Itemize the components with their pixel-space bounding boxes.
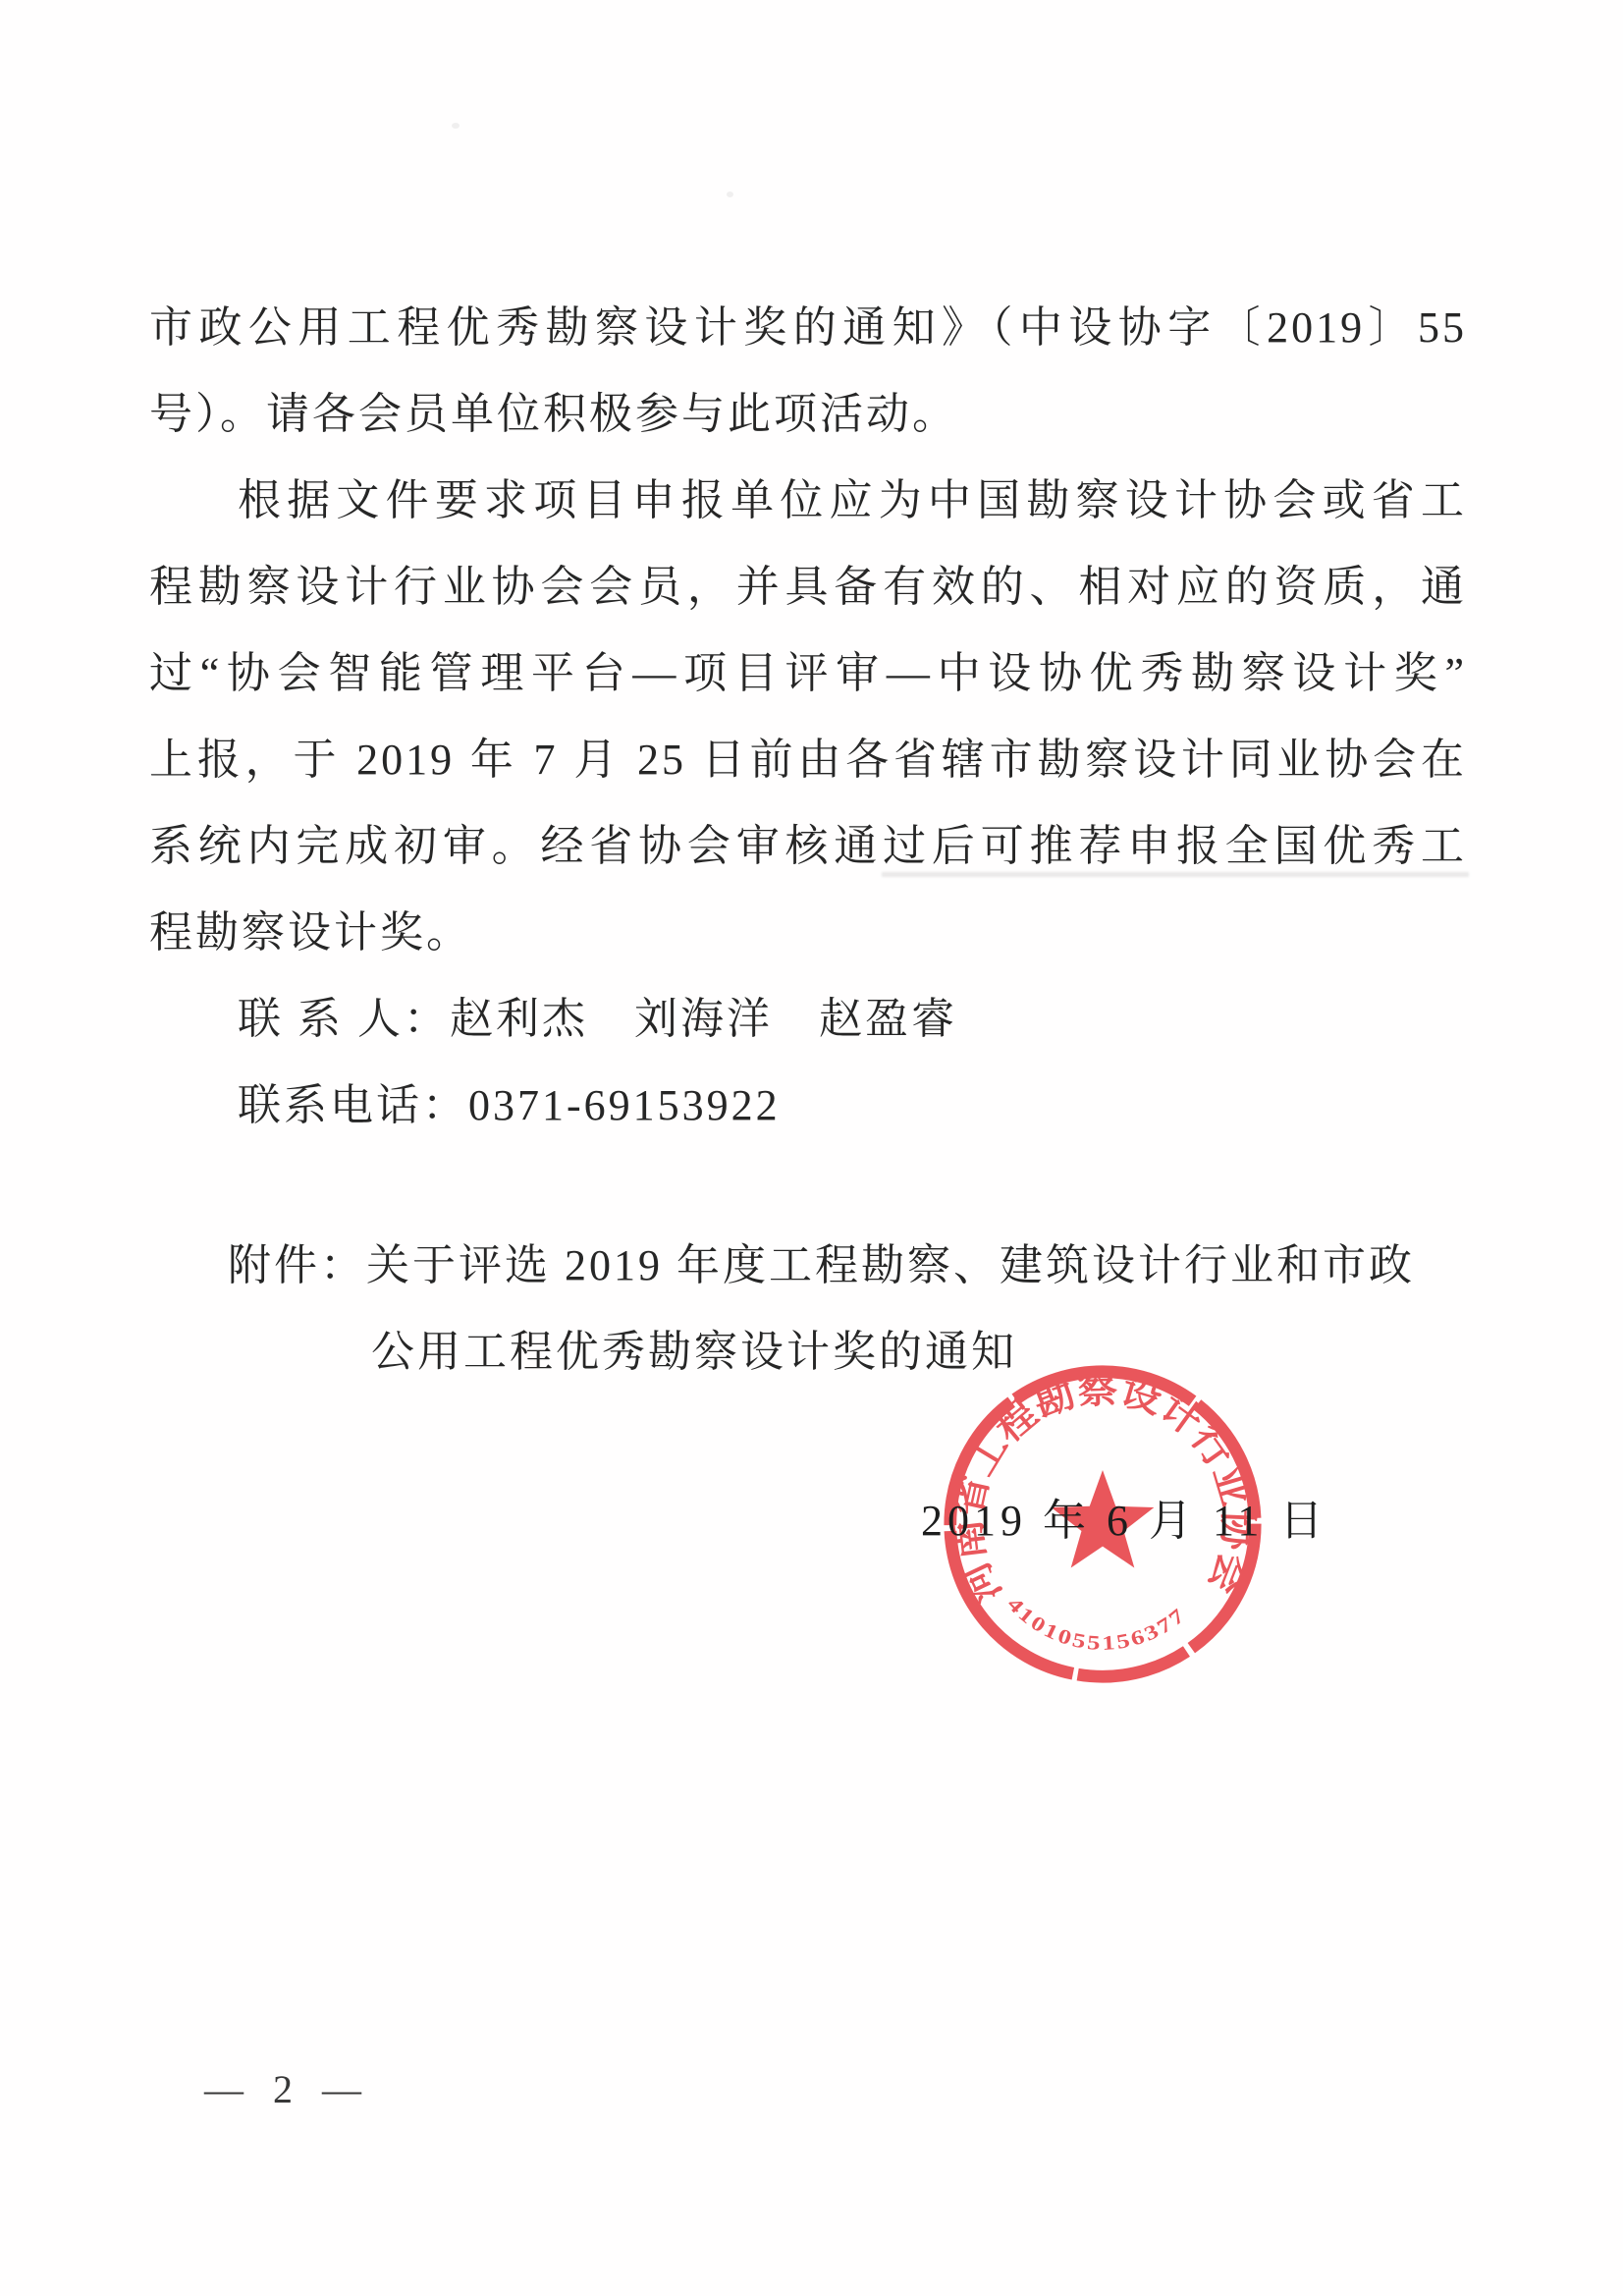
- scan-artifact-dot: [727, 191, 733, 197]
- attachment-title-part1: 关于评选 2019 年度工程勘察、建筑设计行业和市政: [366, 1241, 1415, 1289]
- seal-serial-number: 4101055156377: [1002, 1594, 1190, 1655]
- scan-artifact-streak: [882, 872, 1469, 877]
- attachment-label: 附件：: [228, 1241, 366, 1289]
- page-number: — 2 —: [204, 2066, 371, 2112]
- attachment-line-2: 公用工程优秀勘察设计奖的通知: [149, 1309, 1467, 1395]
- para2-line-1: 根据文件要求项目申报单位应为中国勘察设计协会或省工: [149, 458, 1467, 544]
- attachment-block: 附件：关于评选 2019 年度工程勘察、建筑设计行业和市政 公用工程优秀勘察设计…: [149, 1223, 1467, 1395]
- attachment-line-1: 附件：关于评选 2019 年度工程勘察、建筑设计行业和市政: [149, 1223, 1467, 1309]
- para1-line-2: 号）。请各会员单位积极参与此项活动。: [149, 371, 1467, 458]
- para2-line-6: 程勘察设计奖。: [149, 890, 1467, 976]
- document-page: 市政公用工程优秀勘察设计奖的通知》（中设协字〔2019〕55 号）。请各会员单位…: [0, 0, 1623, 2296]
- para1-line-1: 市政公用工程优秀勘察设计奖的通知》（中设协字〔2019〕55: [149, 285, 1467, 371]
- contact-phone-line: 联系电话：0371-69153922: [149, 1063, 1467, 1149]
- issue-date: 2019 年 6 月 11 日: [921, 1485, 1327, 1548]
- scan-artifact-dot: [452, 123, 460, 129]
- para2-line-2: 程勘察设计行业协会会员，并具备有效的、相对应的资质，通: [149, 544, 1467, 630]
- body-text: 市政公用工程优秀勘察设计奖的通知》（中设协字〔2019〕55 号）。请各会员单位…: [149, 285, 1467, 1149]
- para2-line-3: 过“协会智能管理平台—项目评审—中设协优秀勘察设计奖”: [149, 630, 1467, 717]
- contact-person-line: 联 系 人：赵利杰 刘海洋 赵盈睿: [149, 976, 1467, 1063]
- para2-line-4: 上报，于 2019 年 7 月 25 日前由各省辖市勘察设计同业协会在: [149, 717, 1467, 803]
